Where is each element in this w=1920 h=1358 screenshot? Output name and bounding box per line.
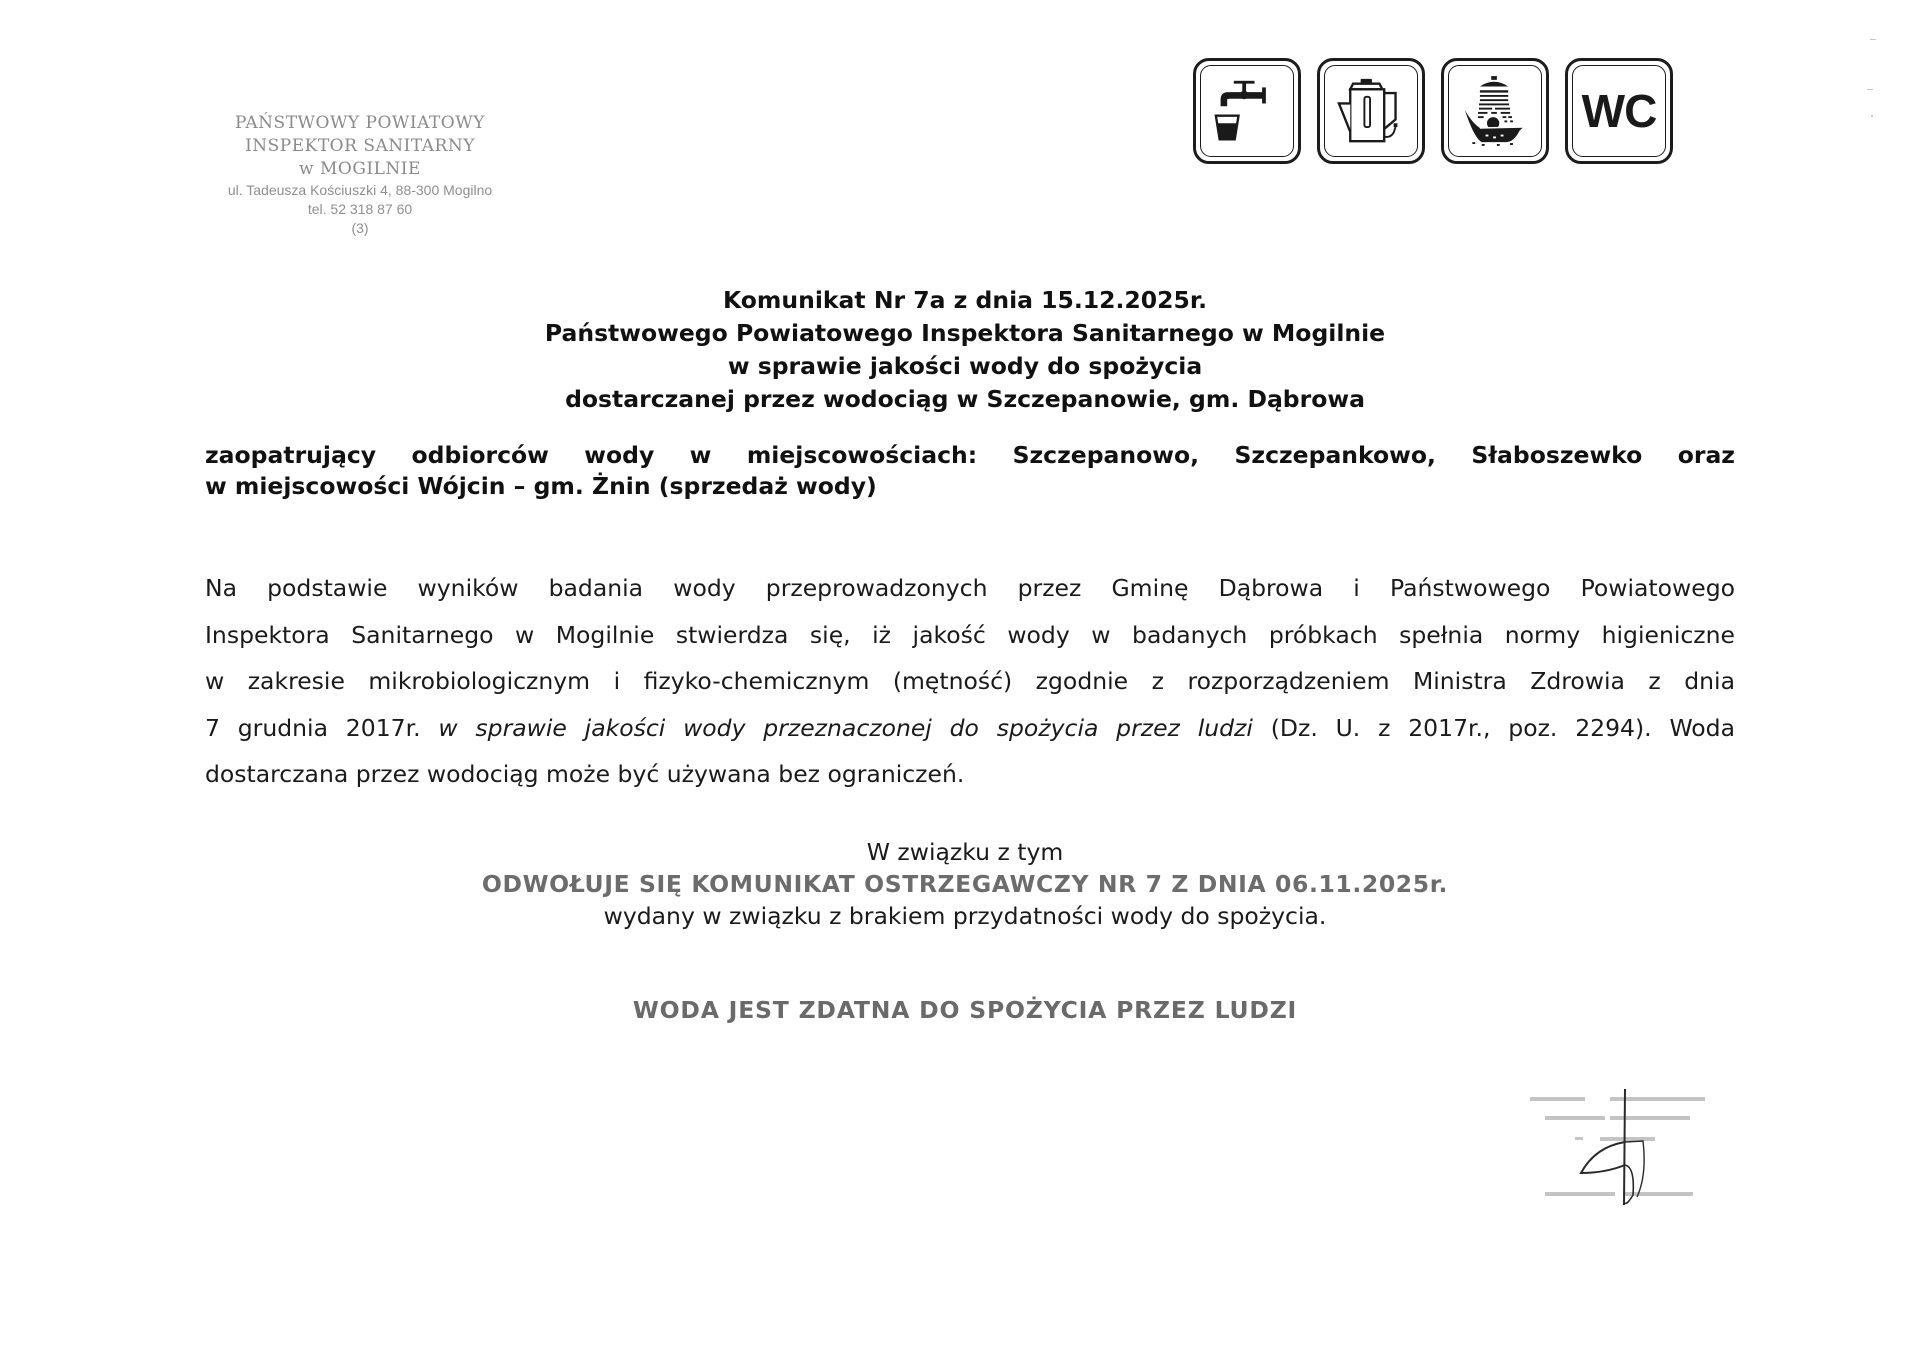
scan-artifact: [1871, 115, 1873, 117]
revocation-reason: wydany w związku z brakiem przydatności …: [10, 900, 1920, 932]
scan-artifact: [1870, 39, 1876, 40]
final-statement: WODA JEST ZDATNA DO SPOŻYCIA PRZEZ LUDZI: [0, 995, 1920, 1025]
signature-stamp: [1515, 1085, 1745, 1215]
body-text: 7 grudnia 2017r.: [205, 714, 438, 742]
body-line-text: 7 grudnia 2017r. w sprawie jakości wody …: [205, 714, 1735, 742]
title-line-number-date: Komunikat Nr 7a z dnia 15.12.2025r.: [10, 284, 1920, 317]
stamp-code: (3): [160, 219, 560, 238]
title-line-waterworks: dostarczanej przez wodociąg w Szczepanow…: [10, 383, 1920, 416]
kettle-icon-graphic: [1320, 61, 1422, 161]
water-tap-icon: [1193, 58, 1301, 164]
scan-artifact: [1867, 89, 1873, 90]
body-line-text: Inspektora Sanitarnego w Mogilnie stwier…: [205, 621, 1735, 649]
signature-icon: [1515, 1085, 1745, 1215]
kettle-icon: [1317, 58, 1425, 164]
body-line: Na podstawie wyników badania wody przepr…: [205, 565, 1735, 612]
supply-line: w miejscowości Wójcin – gm. Żnin (sprzed…: [205, 471, 1735, 502]
communique-title: Komunikat Nr 7a z dnia 15.12.2025r. Pańs…: [0, 284, 1920, 416]
water-usage-icons: WC: [1193, 58, 1673, 164]
body-line-text: dostarczana przez wodociąg może być używ…: [205, 760, 964, 788]
issuer-stamp: PAŃSTWOWY POWIATOWY INSPEKTOR SANITARNY …: [160, 112, 560, 238]
body-line-text: Na podstawie wyników badania wody przepr…: [205, 574, 1735, 602]
wc-icon: WC: [1565, 58, 1673, 164]
stamp-address: ul. Tadeusza Kościuszki 4, 88-300 Mogiln…: [160, 181, 560, 200]
stamp-phone: tel. 52 318 87 60: [160, 200, 560, 219]
title-line-issuer: Państwowego Powiatowego Inspektora Sanit…: [10, 317, 1920, 350]
body-line: dostarczana przez wodociąg może być używ…: [205, 751, 1735, 798]
revocation-notice: W związku z tym ODWOŁUJE SIĘ KOMUNIKAT O…: [0, 836, 1920, 932]
water-tap-icon-graphic: [1196, 61, 1298, 161]
body-line-text: w zakresie mikrobiologicznym i fizyko-ch…: [205, 667, 1735, 695]
regulation-title: w sprawie jakości wody przeznaczonej do …: [438, 714, 1253, 742]
stamp-line: PAŃSTWOWY POWIATOWY: [160, 112, 560, 135]
stamp-line: w MOGILNIE: [160, 158, 560, 181]
shower-bath-icon: [1441, 58, 1549, 164]
stamp-line: INSPEKTOR SANITARNY: [160, 135, 560, 158]
revocation-statement: ODWOŁUJE SIĘ KOMUNIKAT OSTRZEGAWCZY NR 7…: [10, 868, 1920, 900]
body-line: w zakresie mikrobiologicznym i fizyko-ch…: [205, 658, 1735, 705]
wc-label: WC: [1568, 61, 1670, 161]
supply-line: zaopatrujący odbiorców wody w miejscowoś…: [205, 440, 1735, 471]
document-page: PAŃSTWOWY POWIATOWY INSPEKTOR SANITARNY …: [0, 0, 1920, 1358]
title-line-subject: w sprawie jakości wody do spożycia: [10, 350, 1920, 383]
body-text: (Dz. U. z 2017r., poz. 2294). Woda: [1253, 714, 1735, 742]
shower-bath-icon-graphic: [1444, 61, 1546, 161]
revocation-intro: W związku z tym: [10, 836, 1920, 868]
supplied-localities: zaopatrujący odbiorców wody w miejscowoś…: [205, 440, 1735, 502]
body-line: 7 grudnia 2017r. w sprawie jakości wody …: [205, 705, 1735, 752]
body-line: Inspektora Sanitarnego w Mogilnie stwier…: [205, 612, 1735, 659]
body-paragraph: Na podstawie wyników badania wody przepr…: [205, 565, 1735, 798]
